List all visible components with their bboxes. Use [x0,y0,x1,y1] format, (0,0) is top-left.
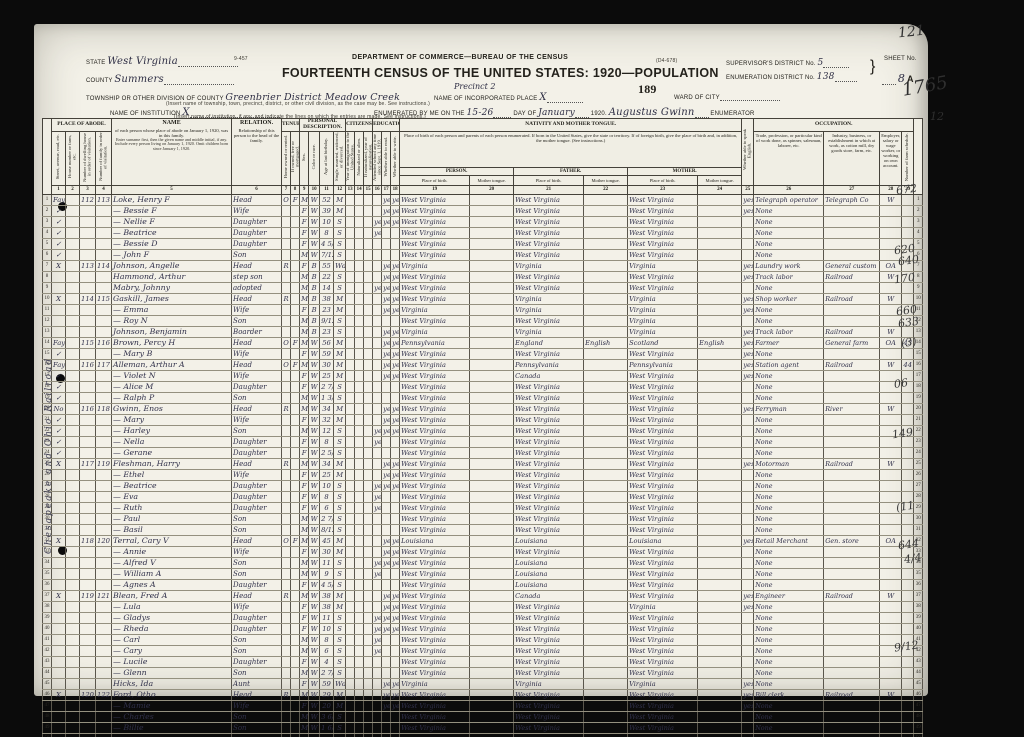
cell-pbf: West Virginia [514,700,584,711]
cell-sex: F [300,656,309,667]
cell-occ: None [754,205,824,216]
cell-rd [382,502,391,513]
cell-fm [291,469,300,480]
col-house-number: House number or farm, etc. [66,131,80,185]
cell-c14 [355,359,364,370]
cell-sex: F [300,227,309,238]
cell-rel [232,733,282,737]
col-number: 2 [66,185,80,194]
cell-pb: West Virginia [400,249,470,260]
cell-pbm: West Virginia [628,238,698,249]
cell-pb: Virginia [400,326,470,337]
cell-pb: West Virginia [400,227,470,238]
col-home-owned: Home owned or rented. [282,131,291,185]
table-row: 36— Agnes ADaughterFW4 5/12SWest Virgini… [43,579,923,590]
cell-rd [382,436,391,447]
enumeration-value: 138 [817,72,835,82]
cell-tg [470,414,514,425]
cell-col: W [309,381,320,392]
cell-sex: F [300,623,309,634]
col-number: 13 [346,185,355,194]
cell-dw [80,227,96,238]
cell-hn [66,667,80,678]
cell-dw [80,425,96,436]
cell-c13 [346,623,355,634]
col-number: 12 [334,185,346,194]
line-number: 37 [914,590,923,601]
table-row: 39— GladysDaughterFW11SyesyesyesWest Vir… [43,612,923,623]
cell-ind [824,502,880,513]
line-number: 40 [43,623,52,634]
cell-name: — Carl [112,634,232,645]
cell-rel: Aunt [232,678,282,689]
cell-ind [824,370,880,381]
cell-col: W [309,678,320,689]
cell-tgm [698,579,742,590]
cell-own: O [282,337,291,348]
cell-dw: 118 [80,535,96,546]
cell-rel: Daughter [232,447,282,458]
cell-rd: yes [382,535,391,546]
cell-age: 8 [320,634,334,645]
cell-occ: Bill clerk [754,689,824,700]
cell-tgf [584,315,628,326]
cell-c15 [364,392,373,403]
cell-pb [400,733,470,737]
cell-pb: West Virginia [400,711,470,722]
cell-tgf [584,623,628,634]
cell-eng [742,227,754,238]
cell-c13 [346,502,355,513]
cell-wr [391,447,400,458]
cell-tgm [698,656,742,667]
cell-name: — Agnes A [112,579,232,590]
cell-tgf [584,381,628,392]
cell-fm [291,304,300,315]
cell-pbm: West Virginia [628,282,698,293]
cell-fam [96,392,112,403]
cell-farm [902,403,914,414]
cell-occ: None [754,700,824,711]
cell-tgm [698,491,742,502]
cell-c15 [364,304,373,315]
col-naturalization-year: If naturalized, year of naturalization. [364,131,373,185]
cell-c15 [364,447,373,458]
cell-mar: S [334,425,346,436]
cell-own: R [282,590,291,601]
cell-eng [742,612,754,623]
table-row: 40— RhedaDaughterFW10SyesyesyesWest Virg… [43,623,923,634]
col-number: 6 [232,185,282,194]
cell-name: — Paul [112,513,232,524]
cell-farm [902,469,914,480]
cell-dw [80,623,96,634]
cell-sex: M [300,667,309,678]
cell-wr: yes [391,205,400,216]
cell-name: Brown, Percy H [112,337,232,348]
cell-own [282,513,291,524]
cell-ind [824,414,880,425]
cell-tgm [698,348,742,359]
cell-hn [66,513,80,524]
line-number: 20 [914,403,923,414]
cell-tg [470,337,514,348]
cell-farm [902,678,914,689]
mother-place-of-birth: Place of birth. [628,175,698,185]
cell-hn [66,491,80,502]
cell-name: — Gladys [112,612,232,623]
cell-col: W [309,568,320,579]
cell-dw [80,249,96,260]
table-row: 11— EmmaWifeFB23MyesyesVirginiaVirginiaV… [43,304,923,315]
cell-pbf: Canada [514,590,584,601]
cell-tg [470,678,514,689]
cell-pbf: West Virginia [514,623,584,634]
cell-fam [96,326,112,337]
cell-farm [902,513,914,524]
cell-fam [96,227,112,238]
cell-pbm: West Virginia [628,205,698,216]
cell-fam [96,513,112,524]
group-place-of-abode: PLACE OF ABODE. [52,119,112,132]
cell-tgf [584,403,628,414]
cell-tgm [698,238,742,249]
cell-age: 8/12 [320,524,334,535]
cell-sch [373,667,382,678]
cell-ind [824,678,880,689]
cell-wr: yes [391,194,400,205]
cell-age: 2 7/12 [320,513,334,524]
cell-name: — Charles [112,711,232,722]
cell-tg [470,458,514,469]
col-number: 27 [824,185,880,194]
cell-cls: W [880,359,902,370]
name-group-title: NAME [113,120,230,127]
cell-rel: Head [232,359,282,370]
cell-sex: M [300,645,309,656]
cell-name: — Nellie F [112,216,232,227]
col-employer-class: Employer, salary or wage worker, or work… [880,131,902,185]
cell-mar: S [334,623,346,634]
cell-rel: Head [232,337,282,348]
cell-rel: Wife [232,601,282,612]
cell-fam [96,249,112,260]
cell-pb: West Virginia [400,480,470,491]
cell-occ: None [754,524,824,535]
cell-c14 [355,700,364,711]
cell-c14 [355,337,364,348]
cell-col: W [309,700,320,711]
line-number: 23 [914,436,923,447]
cell-pb: West Virginia [400,491,470,502]
cell-fam [96,282,112,293]
cell-col: B [309,271,320,282]
cell-eng [742,623,754,634]
cell-farm [902,667,914,678]
col-speak-english: Whether able to speak English. [742,119,754,186]
cell-dw: 114 [80,293,96,304]
cell-pbf: West Virginia [514,546,584,557]
cell-c13 [346,700,355,711]
cell-tgf [584,689,628,700]
enumerator-label: ENUMERATOR [710,111,754,117]
cell-c15 [364,678,373,689]
cell-c13 [346,249,355,260]
cell-eng: yes [742,601,754,612]
table-row: 7X113114Johnson, AngelleHeadRFB55Wdyesye… [43,260,923,271]
cell-own: R [282,293,291,304]
cell-age: 34 [320,458,334,469]
cell-mar: M [334,414,346,425]
cell-pbm: Virginia [628,678,698,689]
table-row: 4✓— BeatriceDaughterFW8SyesWest Virginia… [43,227,923,238]
cell-fam [96,733,112,737]
cell-pbf: Virginia [514,326,584,337]
cell-occ: Motorman [754,458,824,469]
cell-mar: M [334,601,346,612]
cell-occ: None [754,623,824,634]
cell-ind: Railroad [824,293,880,304]
table-row: 3✓— Nellie FDaughterFW10SyesyesyesWest V… [43,216,923,227]
cell-dw [80,513,96,524]
cell-tgm [698,535,742,546]
cell-fam [96,348,112,359]
scan-background: { "form": { "form_no_left": "9-457", "fo… [0,0,1024,737]
cell-occ: None [754,447,824,458]
col-free-mortgaged: If owned, free or mortgaged. [291,131,300,185]
cell-fm [291,612,300,623]
cell-dw [80,524,96,535]
cell-eng [742,502,754,513]
cell-dw [80,205,96,216]
mother-mother-tongue: Mother tongue. [698,175,742,185]
cell-occ: None [754,513,824,524]
cell-c14 [355,249,364,260]
cell-tgm [698,359,742,370]
cell-c14 [355,601,364,612]
cell-wr: yes [391,337,400,348]
cell-c15 [364,271,373,282]
cell-pbm: West Virginia [628,722,698,733]
cell-sex: M [300,590,309,601]
cell-eng: yes [742,194,754,205]
cell-hn [66,403,80,414]
cell-dw [80,502,96,513]
cell-pbm: West Virginia [628,447,698,458]
cell-c14 [355,293,364,304]
cell-c15 [364,689,373,700]
cell-c14 [355,568,364,579]
cell-rd: yes [382,623,391,634]
cell-c15 [364,623,373,634]
cell-sch: yes [373,568,382,579]
cell-name: Loke, Henry F [112,194,232,205]
line-number: 36 [914,579,923,590]
cell-sex: F [300,601,309,612]
cell-col: W [309,557,320,568]
cell-own [282,348,291,359]
cell-col: W [309,711,320,722]
cell-age: 4 5/12 [320,238,334,249]
cell-pb: West Virginia [400,623,470,634]
line-number: 47 [43,700,52,711]
cell-mar: S [334,502,346,513]
cell-pbm: West Virginia [628,623,698,634]
cell-rel: Daughter [232,502,282,513]
cell-occ: Laundry work [754,260,824,271]
cell-sch [373,403,382,414]
cell-farm [902,414,914,425]
group-relation: RELATION. Relationship of this person to… [232,119,282,186]
cell-eng [742,238,754,249]
col-marital: Single, married, widowed, or divorced. [334,131,346,185]
cell-fam [96,370,112,381]
cell-own: O [282,535,291,546]
cell-sex: F [300,700,309,711]
col-able-to-write: Whether able to write. [391,131,400,185]
cell-sex: F [300,370,309,381]
cell-pbf: West Virginia [514,656,584,667]
cell-occ: None [754,579,824,590]
cell-name: Alleman, Arthur A [112,359,232,370]
cell-fm [291,326,300,337]
cell-pbm: West Virginia [628,425,698,436]
cell-tgm [698,557,742,568]
cell-pb: West Virginia [400,194,470,205]
cell-hn [66,227,80,238]
cell-c13 [346,612,355,623]
cell-tg [470,469,514,480]
cell-st [52,656,66,667]
cell-c13 [346,293,355,304]
corner-annotation: 12 [930,110,944,123]
cell-rel: Son [232,568,282,579]
table-row: 49— BillieSonMW1 6/12SWest VirginiaWest … [43,722,923,733]
col-dwelling-number: Number of dwelling house in order of vis… [80,131,96,185]
cell-tgf [584,579,628,590]
cell-rel: Son [232,667,282,678]
cell-sex: M [300,359,309,370]
cell-c15 [364,359,373,370]
cell-cls: W [880,689,902,700]
cell-sex: F [300,436,309,447]
enumerator-name: Augustus Gwinn [609,107,695,118]
cell-c13 [346,425,355,436]
cell-cls [880,205,902,216]
cell-pbm: West Virginia [628,557,698,568]
cell-farm [902,579,914,590]
cell-ind [824,546,880,557]
cell-c14 [355,667,364,678]
cell-rd: yes [382,414,391,425]
line-number: 35 [43,568,52,579]
cell-cls [880,348,902,359]
cell-c15 [364,216,373,227]
cell-eng: yes [742,590,754,601]
cell-tgm [698,513,742,524]
cell-sex: M [300,722,309,733]
cell-tgm [698,568,742,579]
cell-col: W [309,194,320,205]
cell-pbm: West Virginia [628,194,698,205]
cell-fm [291,678,300,689]
cell-c13 [346,326,355,337]
cell-pb: West Virginia [400,469,470,480]
cell-st [52,645,66,656]
cell-tg [470,623,514,634]
cell-c14 [355,623,364,634]
cell-wr [391,249,400,260]
cell-mar: M [334,337,346,348]
cell-rd: yes [382,326,391,337]
cell-rel: Son [232,249,282,260]
cell-tg [470,535,514,546]
cell-rd [382,491,391,502]
cell-fam: 122 [96,689,112,700]
cell-pbf: Louisiana [514,535,584,546]
cell-eng [742,447,754,458]
cell-mar: S [334,326,346,337]
cell-sch [373,392,382,403]
cell-wr: yes [391,370,400,381]
cell-fm [291,711,300,722]
cell-fm [291,645,300,656]
cell-sex: M [300,711,309,722]
census-table: PLACE OF ABODE. NAME of each person whos… [42,118,923,737]
cell-eng [742,249,754,260]
cell-rd [382,249,391,260]
cell-pb: West Virginia [400,634,470,645]
line-number: 45 [914,678,923,689]
cell-occ: None [754,436,824,447]
cell-c14 [355,678,364,689]
cell-eng: yes [742,304,754,315]
cell-own [282,315,291,326]
cell-sch [373,304,382,315]
cell-tg [470,689,514,700]
cell-tgm [698,447,742,458]
cell-c14 [355,546,364,557]
cell-sch [373,337,382,348]
line-number: 35 [914,568,923,579]
cell-st [52,557,66,568]
cell-sch: yes [373,227,382,238]
cell-hn [66,656,80,667]
cell-c15 [364,524,373,535]
cell-tg [470,194,514,205]
cell-pbf: West Virginia [514,392,584,403]
cell-occ: Shop worker [754,293,824,304]
cell-sch: yes [373,623,382,634]
cell-sch: yes [373,502,382,513]
table-row: 29— RuthDaughterFW6SyesWest VirginiaWest… [43,502,923,513]
cell-age: 4 5/12 [320,579,334,590]
cell-rel: Wife [232,469,282,480]
cell-own [282,524,291,535]
cell-farm: 44 [902,359,914,370]
cell-age: 20 [320,700,334,711]
cell-name: — Emma [112,304,232,315]
cell-c13 [346,359,355,370]
cell-rd [382,568,391,579]
table-row: 32X118120Terral, Cary VHeadOFMW45Myesyes… [43,535,923,546]
cell-ind [824,700,880,711]
cell-col: W [309,612,320,623]
cell-pbm [628,733,698,737]
cell-sch [373,381,382,392]
table-row: 44— GlennSonMW2 7/12SWest VirginiaWest V… [43,667,923,678]
cell-wr [391,634,400,645]
